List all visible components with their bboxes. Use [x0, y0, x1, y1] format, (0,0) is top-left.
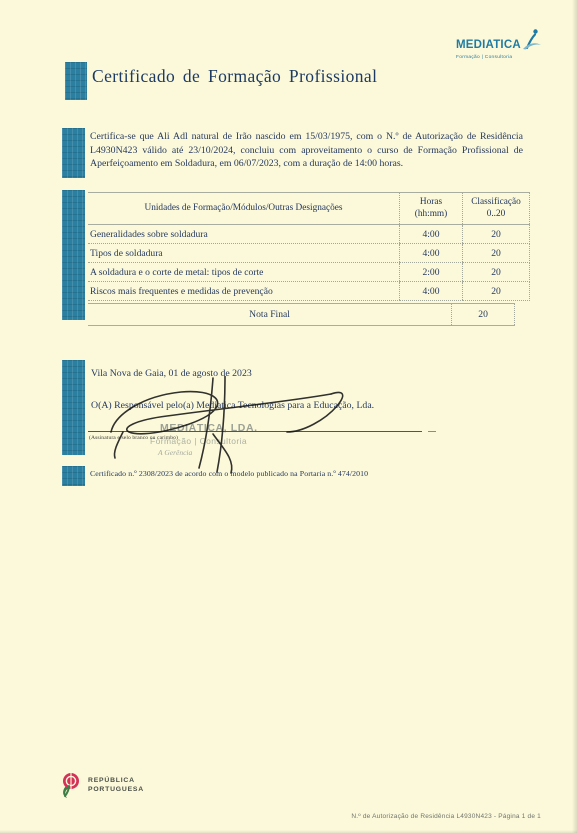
signature-line-dash: [428, 431, 436, 432]
unit-name: Generalidades sobre soldadura: [88, 225, 400, 244]
header-grade-line2: 0..20: [487, 209, 506, 219]
table-accent-block: [62, 190, 85, 320]
unit-hours: 4:00: [400, 244, 463, 263]
mediatica-wordmark: MEDIATICA: [456, 39, 521, 51]
unit-grade: 20: [463, 263, 530, 282]
header-hours-line2: (hh:mm): [415, 209, 448, 219]
mediatica-tagline: Formação | Consultoria: [456, 55, 568, 60]
unit-hours: 4:00: [400, 282, 463, 301]
certnumber-accent-block: [62, 466, 85, 486]
unit-name: Riscos mais frequentes e medidas de prev…: [88, 282, 400, 301]
final-grade-value: 20: [451, 304, 515, 325]
republica-portuguesa-logo: REPÚBLICA PORTUGUESA: [60, 772, 144, 800]
gov-line2: PORTUGUESA: [88, 786, 144, 795]
header-hours-line1: Horas: [420, 197, 442, 207]
table-row: Tipos de soldadura 4:00 20: [88, 244, 530, 263]
unit-grade: 20: [463, 225, 530, 244]
header-grade-line1: Classificação: [471, 197, 521, 207]
header-units: Unidades de Formação/Módulos/Outras Desi…: [88, 193, 400, 225]
gov-line1: REPÚBLICA: [88, 777, 144, 786]
final-grade-row: Nota Final 20: [88, 303, 515, 326]
page-title: Certificado de Formação Profissional: [92, 66, 377, 87]
table-row: A soldadura e o corte de metal: tipos de…: [88, 263, 530, 282]
table-row: Riscos mais frequentes e medidas de prev…: [88, 282, 530, 301]
running-figure-icon: [522, 28, 542, 50]
intro-accent-block: [62, 128, 85, 178]
table-header-row: Unidades de Formação/Módulos/Outras Desi…: [88, 193, 530, 225]
final-grade-label: Nota Final: [88, 304, 451, 325]
page-footer-text: N.º de Autorização de Residência L4930N4…: [351, 813, 541, 820]
header-grade: Classificação 0..20: [463, 193, 530, 225]
unit-hours: 4:00: [400, 225, 463, 244]
certification-paragraph: Certifica-se que Ali Adl natural de Irão…: [90, 130, 523, 171]
unit-name: Tipos de soldadura: [88, 244, 400, 263]
signature-accent-block: [62, 360, 85, 455]
header-hours: Horas (hh:mm): [400, 193, 463, 225]
unit-name: A soldadura e o corte de metal: tipos de…: [88, 263, 400, 282]
republica-portuguesa-text: REPÚBLICA PORTUGUESA: [88, 777, 144, 800]
mediatica-logo-row: MEDIATICA: [456, 28, 568, 51]
unit-grade: 20: [463, 282, 530, 301]
certificate-page: MEDIATICA Formação | Consultoria Certifi…: [0, 0, 577, 833]
title-accent-block: [65, 62, 87, 100]
unit-hours: 2:00: [400, 263, 463, 282]
handwritten-signature: [95, 376, 365, 476]
mediatica-logo: MEDIATICA Formação | Consultoria: [456, 28, 568, 60]
course-table: Unidades de Formação/Módulos/Outras Desi…: [88, 192, 530, 301]
table-row: Generalidades sobre soldadura 4:00 20: [88, 225, 530, 244]
unit-grade: 20: [463, 244, 530, 263]
portugal-emblem-icon: [60, 772, 82, 800]
